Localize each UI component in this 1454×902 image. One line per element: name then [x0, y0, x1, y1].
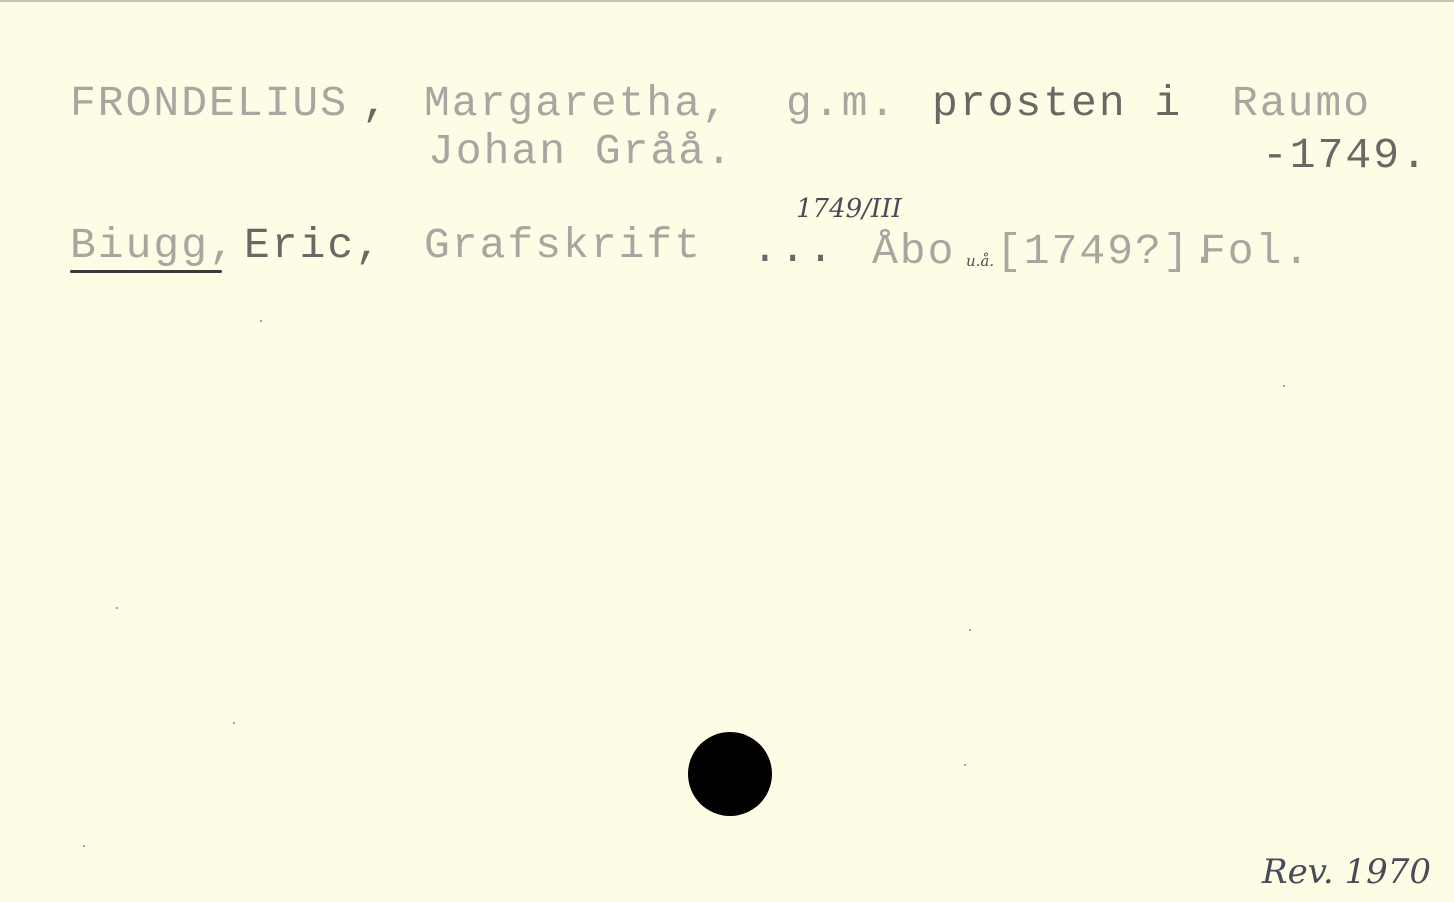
- paper-speck: [969, 629, 971, 631]
- punch-hole: [688, 732, 772, 816]
- imprint-place: Åbo: [872, 230, 955, 273]
- catalog-card: FRONDELIUS , Margaretha, g.m. prosten i …: [0, 0, 1454, 902]
- heading-given-name: Margaretha,: [424, 82, 730, 125]
- title: Grafskrift: [424, 224, 702, 267]
- paper-speck: [260, 320, 262, 322]
- handwritten-date-insert: 1749/III: [796, 194, 902, 224]
- author-surname: Biugg,: [70, 224, 237, 267]
- format: Fol.: [1200, 230, 1311, 273]
- paper-speck: [116, 607, 118, 609]
- heading-place: Raumo: [1232, 82, 1371, 125]
- title-ellipsis: ...: [752, 228, 835, 271]
- paper-speck: [233, 722, 235, 724]
- heading-surname: FRONDELIUS: [70, 82, 348, 125]
- author-given-name: Eric,: [244, 224, 383, 267]
- revision-note: Rev. 1970: [1262, 852, 1431, 892]
- heading-comma: ,: [362, 82, 390, 125]
- heading-spouse: Johan Gråå.: [428, 130, 734, 173]
- heading-prosten: prosten i: [932, 82, 1182, 125]
- heading-gm: g.m.: [786, 82, 897, 125]
- heading-death-year: -1749.: [1262, 134, 1429, 177]
- imprint-date: [1749?].: [996, 230, 1218, 273]
- handwritten-ua: u.å.: [966, 252, 994, 270]
- paper-speck: [1283, 385, 1285, 387]
- author-underline: [70, 270, 222, 273]
- paper-speck: [83, 845, 85, 847]
- paper-speck: [964, 764, 966, 766]
